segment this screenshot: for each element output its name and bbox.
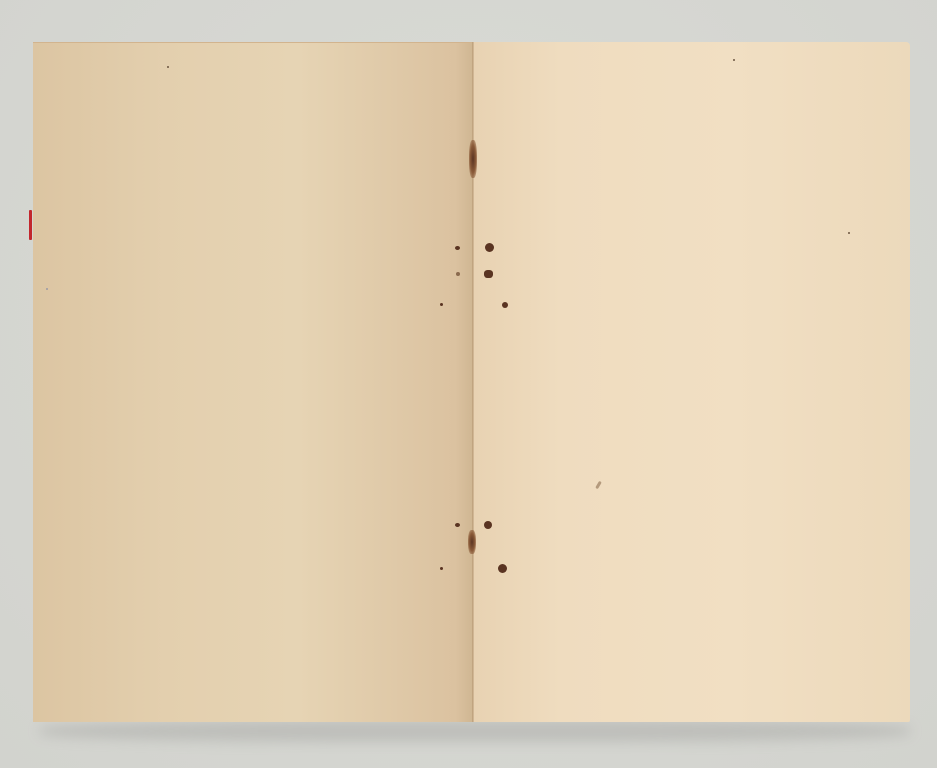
paper-speck [848,232,850,234]
paper-speck [733,59,735,61]
wormhole [485,243,494,252]
wormhole [440,567,443,570]
paper-speck [167,66,169,68]
wormhole [484,521,492,529]
left-page [33,42,473,722]
gutter-stain-upper [469,140,477,178]
wormhole [455,523,460,527]
wormhole [456,272,460,276]
gutter-stain-lower [468,530,476,554]
paper-speck [46,288,48,290]
wormhole [484,270,493,278]
binding-thread [29,210,32,240]
wormhole [440,303,443,306]
booklet-shadow [40,720,910,742]
photo-scene [0,0,937,768]
wormhole [502,302,508,308]
wormhole [455,246,460,250]
right-page [473,42,910,722]
wormhole [498,564,507,573]
